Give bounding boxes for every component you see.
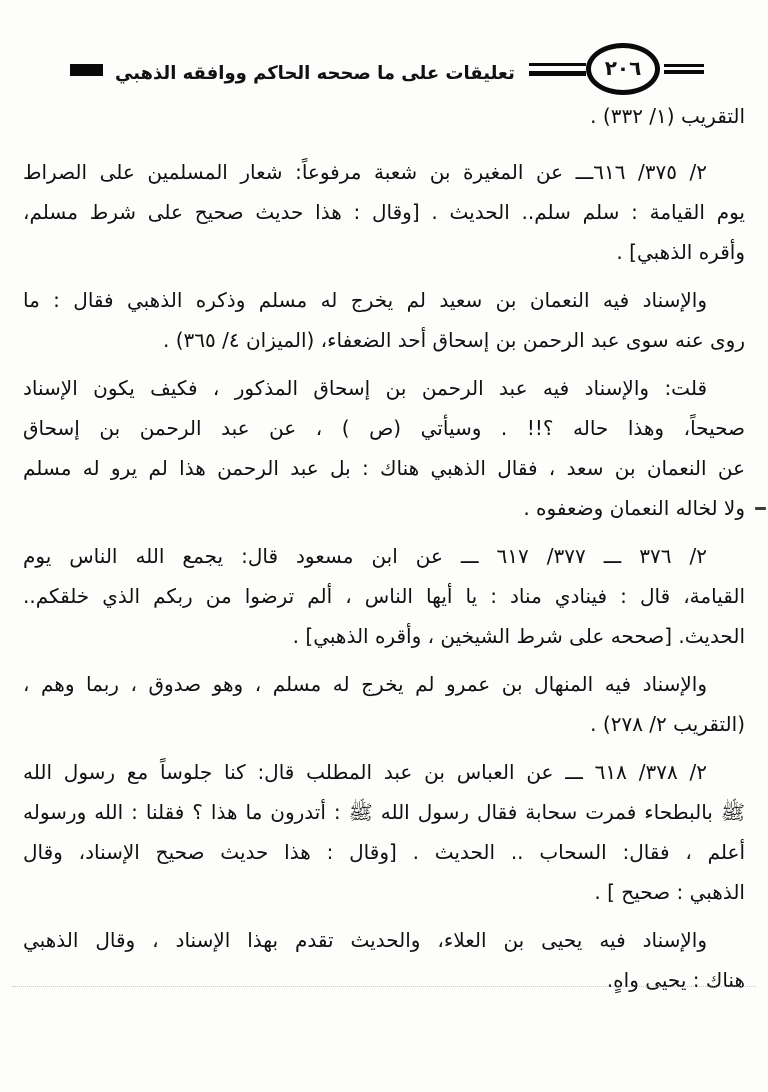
text-line: يوم القيامة : سلم سلم.. الحديث . [وقال :…: [23, 192, 745, 232]
text-line: الحديث. [صححه على شرط الشيخين ، وأقره ال…: [23, 616, 745, 656]
paragraph-entry-617: ٢/ ٣٧٦ ـــ ٣٧٧/ ٦١٧ ـــ عن ابن مسعود قال…: [23, 536, 745, 656]
text-line: الذهبي : صحيح ] .: [23, 872, 745, 912]
paragraph-entry-616-comment: قلت: والإسناد فيه عبد الرحمن بن إسحاق ال…: [23, 368, 745, 528]
text-line: ٢/ ٣٧٥/ ٦١٦ـــ عن المغيرة بن شعبة مرفوعا…: [23, 152, 745, 192]
text-line: والإسناد فيه يحيى بن العلاء، والحديث تقد…: [23, 920, 745, 960]
text-line: والإسناد فيه النعمان بن سعيد لم يخرج له …: [23, 280, 745, 320]
text-line: والإسناد فيه المنهال بن عمرو لم يخرج له …: [23, 664, 745, 704]
text-line: القيامة، قال : فينادي مناد : يا أيها الن…: [23, 576, 745, 616]
text-line: صحيحاً، وهذا حاله ؟!! . وسيأتي (ص ) ، عن…: [23, 408, 745, 448]
paragraph-taqrib-ref: التقريب (١/ ٣٣٢) .: [23, 96, 745, 136]
paragraph-entry-618-isnad: والإسناد فيه يحيى بن العلاء، والحديث تقد…: [23, 920, 745, 1000]
header-left-tick-rule: [70, 64, 103, 76]
paragraph-entry-617-isnad: والإسناد فيه المنهال بن عمرو لم يخرج له …: [23, 664, 745, 744]
text-line: قلت: والإسناد فيه عبد الرحمن بن إسحاق ال…: [23, 368, 745, 408]
text-line: روى عنه سوى عبد الرحمن بن إسحاق أحد الضع…: [23, 320, 745, 360]
paragraph-entry-618: ٢/ ٣٧٨/ ٦١٨ ـــ عن العباس بن عبد المطلب …: [23, 752, 745, 912]
scan-artifact-dotted-line: [12, 986, 756, 987]
header-right-tick-rule: [664, 64, 704, 74]
page-header: تعليقات على ما صححه الحاكم ووافقه الذهبي…: [0, 44, 768, 96]
text-line: وأقره الذهبي] .: [23, 232, 745, 272]
text-line: هناك : يحيى واهٍ.: [23, 960, 745, 1000]
page-body: التقريب (١/ ٣٣٢) . ٢/ ٣٧٥/ ٦١٦ـــ عن الم…: [23, 96, 745, 1000]
book-page: تعليقات على ما صححه الحاكم ووافقه الذهبي…: [0, 0, 768, 1092]
text-line: ﷺ بالبطحاء فمرت سحابة فقال رسول الله ﷺ :…: [23, 792, 745, 832]
text-line: ٢/ ٣٧٨/ ٦١٨ ـــ عن العباس بن عبد المطلب …: [23, 752, 745, 792]
text-line: أعلم ، فقال: السحاب .. الحديث . [وقال : …: [23, 832, 745, 872]
text-line: التقريب (١/ ٣٣٢) .: [23, 96, 745, 136]
book-title: تعليقات على ما صححه الحاكم ووافقه الذهبي: [115, 62, 515, 83]
text-line: ٢/ ٣٧٦ ـــ ٣٧٧/ ٦١٧ ـــ عن ابن مسعود قال…: [23, 536, 745, 576]
page-number-badge: ٢٠٦: [586, 43, 660, 95]
page-number: ٢٠٦: [605, 56, 642, 80]
text-line: (التقريب ٢/ ٢٧٨) .: [23, 704, 745, 744]
paragraph-entry-616: ٢/ ٣٧٥/ ٦١٦ـــ عن المغيرة بن شعبة مرفوعا…: [23, 152, 745, 272]
scan-artifact-speck: [755, 507, 766, 510]
text-line: ولا لخاله النعمان وضعفوه .: [23, 488, 745, 528]
paragraph-entry-616-isnad: والإسناد فيه النعمان بن سعيد لم يخرج له …: [23, 280, 745, 360]
text-line: عن النعمان بن سعد ، فقال الذهبي هناك : ب…: [23, 448, 745, 488]
header-double-rule: [529, 63, 586, 76]
